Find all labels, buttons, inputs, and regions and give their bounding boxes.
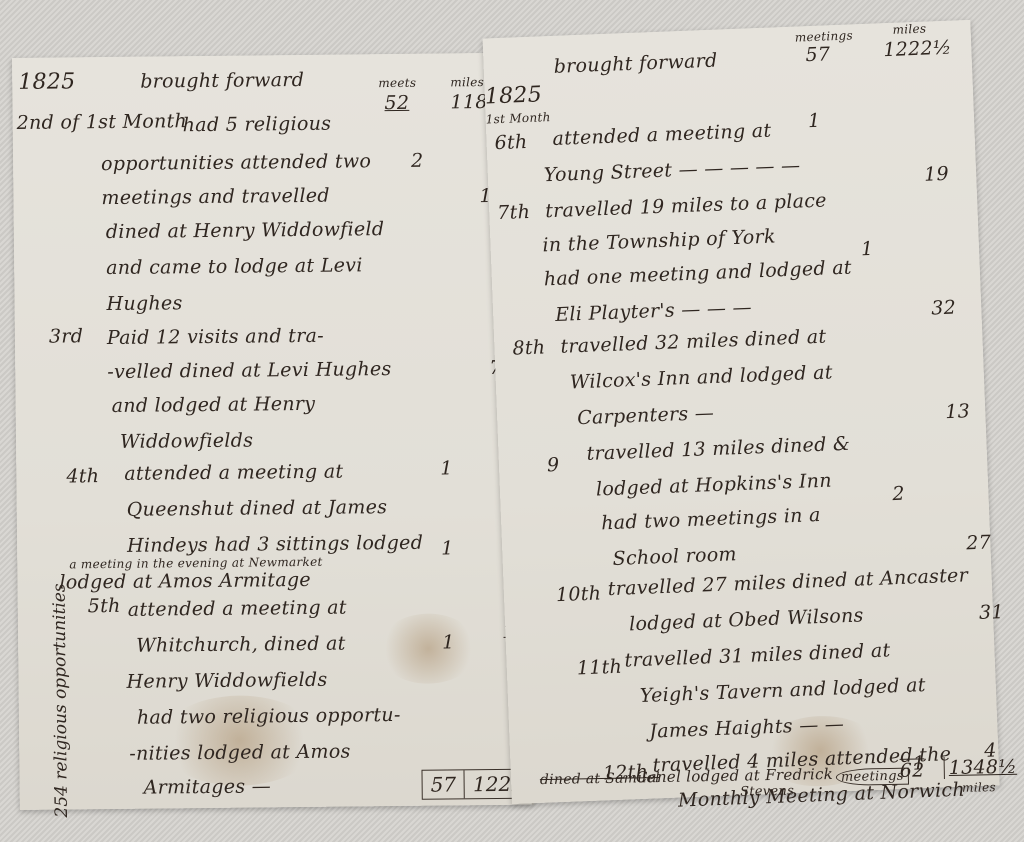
entry-meetings: 2 — [892, 483, 905, 505]
entry-line: Armitages — — [144, 775, 272, 798]
entry-line: opportunities attended two — [101, 150, 371, 175]
entry-line: lodged at Amos Armitage — [59, 569, 311, 594]
entry-miles: 13 — [945, 400, 971, 423]
entry-line: travelled 19 miles to a place — [545, 189, 827, 222]
miles-column-label: miles — [450, 75, 484, 89]
entry-date: 6th — [494, 131, 528, 154]
brought-meetings-value: 52 — [384, 92, 409, 114]
entry-line: Young Street — — — — — — [543, 154, 800, 186]
entry-line: lodged at Hopkins's Inn — [596, 469, 833, 500]
total-miles-label: miles — [962, 780, 996, 795]
meetings-column-label: meets — [378, 76, 416, 90]
entry-line: travelled 13 miles dined & — [586, 433, 850, 465]
entry-meetings: 1 — [808, 110, 821, 132]
entry-date: 11th — [576, 656, 622, 680]
entry-line: Eli Playter's — — — — [555, 296, 752, 326]
entry-line: Henry Widdowfields — [126, 669, 327, 693]
entry-line: Widdowfields — [120, 429, 253, 452]
entry-line: in the Township of York — [542, 225, 776, 256]
entry-line: had 5 religious — [183, 113, 332, 137]
entry-date: 7th — [497, 201, 531, 224]
total-meetings-label: meetings — [836, 768, 909, 786]
ink-stain — [378, 613, 479, 684]
miles-column-label: miles — [892, 22, 926, 37]
meetings-column-label: meetings — [795, 28, 854, 44]
entry-line: Queenshut dined at James — [127, 496, 388, 521]
entry-line: meetings and travelled — [101, 185, 330, 209]
entry-miles: 27 — [966, 531, 992, 554]
journal-right-page: brought forward meetings miles 57 1222½ … — [483, 20, 1000, 804]
entry-line: travelled 32 miles dined at — [560, 326, 827, 358]
brought-miles-value: 1222½ — [883, 37, 952, 62]
entry-date: 5th — [88, 595, 121, 617]
entry-line: Carpenters — — [577, 402, 715, 429]
entry-date: 4th — [66, 465, 99, 487]
journal-left-page: 1825 brought forward meets miles 52 1185… — [12, 53, 534, 810]
year-heading: 1825 — [484, 82, 542, 109]
entry-miles: 19 — [924, 163, 950, 186]
entry-meetings: 1 — [861, 238, 874, 260]
entry-meetings: 2 — [411, 150, 424, 172]
entry-miles: 32 — [931, 297, 957, 320]
entry-line: Wilcox's Inn and lodged at — [569, 361, 833, 393]
entry-line: School room — [612, 543, 737, 570]
entry-date: 8th — [512, 336, 546, 359]
total-meetings: 62 — [900, 759, 925, 781]
entry-line: had two meetings in a — [601, 504, 821, 534]
entry-line: Hughes — [106, 292, 182, 315]
entry-line: had two religious opportu- — [137, 704, 401, 729]
entry-meetings: 1 — [442, 631, 455, 653]
footer-text-2: Stevens — [740, 784, 794, 800]
entry-line: attended a meeting at — [552, 120, 772, 150]
entry-line: lodged at Obed Wilsons — [629, 604, 864, 635]
brought-meetings-value: 57 — [805, 43, 831, 66]
entry-line: travelled 27 miles dined at Ancaster — [607, 564, 968, 600]
footer-text: Canel lodged at Fredrick — [636, 765, 834, 786]
entry-line: attended a meeting at — [124, 461, 343, 485]
entry-date: 2nd of 1st Month — [17, 110, 188, 134]
entry-meetings: 1 — [440, 457, 453, 479]
entry-line: Paid 12 visits and tra- — [107, 325, 324, 349]
total-miles: 1348½ — [944, 756, 1018, 779]
month-label: 1st Month — [485, 110, 550, 126]
entry-miles: 31 — [979, 601, 1005, 624]
year-heading: 1825 — [18, 69, 75, 95]
total-meetings: 57 — [422, 770, 464, 798]
entry-line: had one meeting and lodged at — [543, 257, 852, 291]
entry-line: and came to lodge at Levi — [106, 254, 363, 279]
entry-date: 9 — [547, 454, 560, 476]
brought-forward-label: brought forward — [140, 69, 304, 93]
right-page-footer: dined at Samuel Canel lodged at Fredrick… — [540, 760, 1011, 808]
entry-line: Yeigh's Tavern and lodged at — [640, 674, 927, 707]
entry-date: 3rd — [49, 325, 83, 347]
entry-line: -velled dined at Levi Hughes — [107, 358, 391, 383]
entry-date: 10th — [556, 582, 602, 606]
entry-line: Hindeys had 3 sittings lodged — [127, 532, 423, 557]
entry-line: dined at Henry Widdowfield — [106, 218, 385, 243]
entry-line: attended a meeting at — [128, 597, 347, 621]
entry-line: travelled 31 miles dined at — [624, 639, 891, 671]
entry-line: -nities lodged at Amos — [129, 740, 351, 764]
entry-meetings: 1 — [441, 537, 454, 559]
entry-line: and lodged at Henry — [112, 393, 316, 417]
brought-forward-label: brought forward — [553, 50, 718, 78]
margin-note-vertical: 254 religious opportunities — [50, 583, 72, 817]
entry-line: Whitchurch, dined at — [136, 633, 346, 657]
